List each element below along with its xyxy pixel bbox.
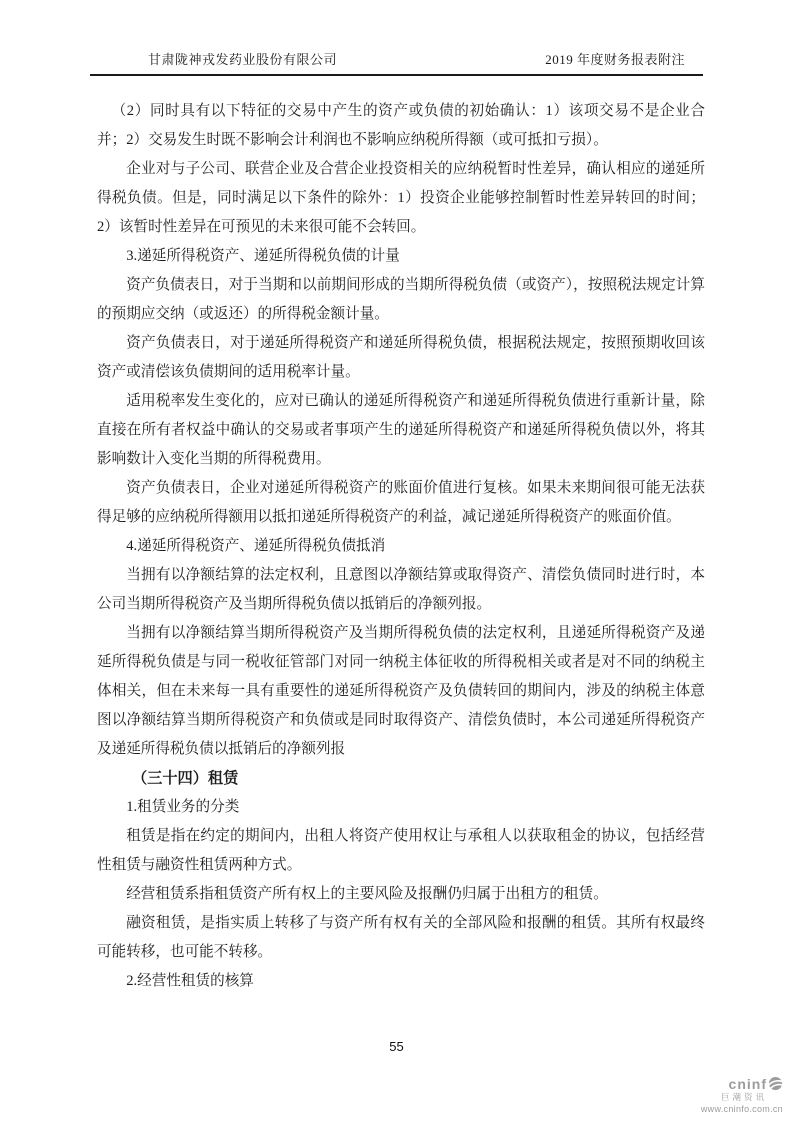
sub-heading: 1.租赁业务的分类 xyxy=(97,793,705,822)
paragraph: 经营租赁系指租赁资产所有权上的主要风险及报酬仍归属于出租方的租赁。 xyxy=(97,880,705,909)
section-heading: （三十四）租赁 xyxy=(97,764,705,793)
cninfo-brand-row: cninf xyxy=(653,1076,783,1091)
sub-heading: 3.递延所得税资产、递延所得税负债的计量 xyxy=(97,242,705,271)
paragraph: （2）同时具有以下特征的交易中产生的资产或负债的初始确认：1）该项交易不是企业合… xyxy=(97,97,705,155)
page-number: 55 xyxy=(0,1039,793,1054)
page-header: 甘肃陇神戎发药业股份有限公司 2019 年度财务报表附注 xyxy=(90,52,703,76)
paragraph: 资产负债表日，对于递延所得税资产和递延所得税负债，根据税法规定，按照预期收回该资… xyxy=(97,329,705,387)
cninfo-logo: cninf 巨潮资讯 www.cninfo.com.cn xyxy=(653,1076,787,1114)
sub-heading: 2.经营性租赁的核算 xyxy=(97,967,705,996)
paragraph: 租赁是指在约定的期间内，出租人将资产使用权让与承租人以获取租金的协议，包括经营性… xyxy=(97,822,705,880)
paragraph: 当拥有以净额结算的法定权利，且意图以净额结算或取得资产、清偿负债同时进行时，本公… xyxy=(97,561,705,619)
paragraph: 企业对与子公司、联营企业及合营企业投资相关的应纳税暂时性差异，确认相应的递延所得… xyxy=(97,155,705,242)
paragraph: 融资租赁，是指实质上转移了与资产所有权有关的全部风险和报酬的租赁。其所有权最终可… xyxy=(97,909,705,967)
company-name: 甘肃陇神戎发药业股份有限公司 xyxy=(148,52,337,68)
paragraph: 资产负债表日，对于当期和以前期间形成的当期所得税负债（或资产），按照税法规定计算… xyxy=(97,271,705,329)
cninfo-chinese-label: 巨潮资讯 xyxy=(653,1093,767,1102)
cninfo-brand-text: cninf xyxy=(729,1077,767,1091)
cninfo-url: www.cninfo.com.cn xyxy=(653,1105,783,1114)
paragraph: 当拥有以净额结算当期所得税资产及当期所得税负债的法定权利，且递延所得税资产及递延… xyxy=(97,619,705,764)
document-body: （2）同时具有以下特征的交易中产生的资产或负债的初始确认：1）该项交易不是企业合… xyxy=(97,97,705,996)
document-page: 甘肃陇神戎发药业股份有限公司 2019 年度财务报表附注 （2）同时具有以下特征… xyxy=(0,0,793,1122)
sub-heading: 4.递延所得税资产、递延所得税负债抵消 xyxy=(97,532,705,561)
report-title: 2019 年度财务报表附注 xyxy=(545,52,685,68)
paragraph: 资产负债表日，企业对递延所得税资产的账面价值进行复核。如果未来期间很可能无法获得… xyxy=(97,474,705,532)
cninfo-swirl-icon xyxy=(768,1076,783,1091)
paragraph: 适用税率发生变化的，应对已确认的递延所得税资产和递延所得税负债进行重新计量，除直… xyxy=(97,387,705,474)
